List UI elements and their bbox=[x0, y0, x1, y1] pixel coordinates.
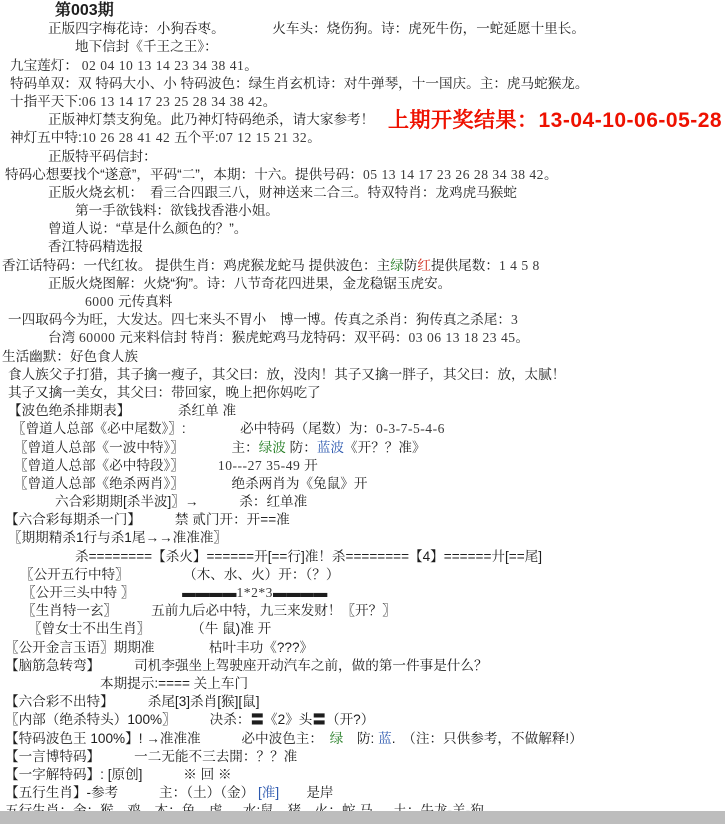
text-run: . （注：只供参考，不做解释!） bbox=[392, 731, 583, 746]
number-run: 3 bbox=[511, 312, 518, 327]
text-run: 蓝波 bbox=[317, 440, 344, 455]
number-run: 05 13 14 17 23 26 28 34 38 42 bbox=[363, 167, 544, 182]
text-line: 其子又擒一美女，其父曰：带回家，晚上把你妈吃了 bbox=[0, 384, 725, 402]
text-run: 防 bbox=[404, 258, 418, 273]
text-line: 第003期 bbox=[0, 2, 725, 20]
text-run: ▬▬▬▬ bbox=[273, 585, 327, 600]
text-run: 地下信封《千王之王》： bbox=[75, 39, 218, 54]
text-line: 正版特平码信封： bbox=[0, 148, 725, 166]
text-line: 食人族父子打猎，其子擒一瘦子，其父曰：放，没肉！其子又擒一胖子，其父曰：放，太腻… bbox=[0, 366, 725, 384]
text-line: 九宝莲灯： 02 04 10 13 14 23 34 38 41。 bbox=[0, 57, 725, 75]
text-run: 元传真料 bbox=[114, 294, 172, 309]
text-run: 〖期期精杀1行与杀1尾→→准准准〗 bbox=[8, 530, 227, 545]
text-line: 地下信封《千王之王》： bbox=[0, 38, 725, 56]
text-run: 〖公开三头中特 〗 bbox=[22, 585, 182, 600]
text-run: 〖公开五行中特〗 （木、水、火）开：（？） bbox=[20, 567, 339, 582]
text-line: 〖曾道人总部《必中特段》〗 10---27 35-49 开 bbox=[0, 457, 725, 475]
text-line: 〖曾女士不出生肖〗 （牛 鼠)准 开 bbox=[0, 620, 725, 638]
text-run: 【特码波色王 100%】! →准准准 必中波色主： bbox=[5, 731, 330, 746]
text-run: 《开？？准》 bbox=[344, 440, 426, 455]
text-run: 。 bbox=[263, 94, 277, 109]
text-run: 【脑筋急转弯】 司机李强坐上驾驶座开动汽车之前，做的第一件事是什么？ bbox=[5, 658, 488, 673]
text-run: 是岸 bbox=[279, 785, 333, 800]
text-line: 本期提示:==== 关上车门 bbox=[0, 675, 725, 693]
number-run: 02 04 10 13 14 23 34 38 41 bbox=[82, 58, 245, 73]
text-run: [准] bbox=[258, 785, 279, 800]
text-run: 食人族父子打猎，其子擒一瘦子，其父曰：放，没肉！其子又擒一胖子，其父曰：放，太腻… bbox=[8, 367, 565, 382]
text-line: 第一手欲钱料：欲钱找香港小姐。 bbox=[0, 202, 725, 220]
text-run: 正版火烧玄机： 看三合四跟三八，财神送来二合三。特双特肖：龙鸡虎马猴蛇 bbox=[48, 185, 517, 200]
text-line: 6000 元传真料 bbox=[0, 293, 725, 311]
text-run: 神灯五中特: bbox=[10, 130, 82, 145]
number-run: 0-3-7-5-4-6 bbox=[376, 421, 445, 436]
footer-gray-bar bbox=[0, 811, 725, 824]
text-run: 。 bbox=[516, 330, 530, 345]
text-run: 〖曾道人总部《必中特段》〗 bbox=[14, 458, 218, 473]
text-line: 【六合彩每期杀一门】 禁 贰门开：开==准 bbox=[0, 511, 725, 529]
number-run: 06 13 14 17 23 25 28 34 38 42 bbox=[82, 94, 263, 109]
text-line: 【一言博特码】 一二无能不三去開：？？准 bbox=[0, 748, 725, 766]
text-run: 〖生肖特一玄〗 五前九后必中特，九三来发财！〖开？〗 bbox=[22, 603, 396, 618]
text-run: 特码单双：双 特码大小、小 特码波色：绿生肖玄机诗：对牛弹琴，十一国庆。主：虎马… bbox=[10, 76, 589, 91]
text-run: 一四取码今为旺，大发达。四七来头不胃小 博一博。传真之杀肖：狗传真之杀尾： bbox=[8, 312, 511, 327]
text-line: 【波色绝杀排期表】 杀红单 准 bbox=[0, 402, 725, 420]
text-run: 蓝 bbox=[378, 731, 392, 746]
text-run: 红 bbox=[417, 258, 431, 273]
text-run: 〖曾道人总部《绝杀两肖》〗 绝杀两肖为《兔鼠》开 bbox=[14, 476, 367, 491]
text-line: 【五行生肖】-参考 主：（土）（金） [准] 是岸 bbox=[0, 784, 725, 802]
text-run: 绿 bbox=[390, 258, 404, 273]
text-run: 六合彩期期[杀半波]〗→ 杀：红单准 bbox=[55, 494, 307, 509]
text-line: 香江话特码：一代红妆。 提供生肖：鸡虎猴龙蛇马 提供波色：主绿防红提供尾数：1 … bbox=[0, 257, 725, 275]
text-line: 正版火烧图解：火烧“狗”。诗：八节奇花四进果，金龙稳锯玉虎安。 bbox=[0, 275, 725, 293]
text-line: 台湾 60000 元来料信封 特肖：猴虎蛇鸡马龙特码：双平码：03 06 13 … bbox=[0, 329, 725, 347]
text-run: 〖公开金言玉语〗期期准 枯叶丰功《???》 bbox=[5, 640, 313, 655]
number-run: 03 06 13 18 23 45 bbox=[408, 330, 515, 345]
number-run: 1*2*3 bbox=[236, 585, 272, 600]
text-run: 【六合彩不出特】 杀尾[3]杀肖[猴][鼠] bbox=[5, 694, 260, 709]
text-line: 【六合彩不出特】 杀尾[3]杀肖[猴][鼠] bbox=[0, 693, 725, 711]
text-line: 〖曾道人总部《一波中特》〗 主：绿波 防：蓝波《开？？准》 bbox=[0, 439, 725, 457]
text-line: 〖生肖特一玄〗 五前九后必中特，九三来发财！〖开？〗 bbox=[0, 602, 725, 620]
text-run: 〖曾道人总部《一波中特》〗 主： bbox=[14, 440, 259, 455]
text-run: 正版神灯禁支狗兔。此乃神灯特码绝杀，请大家参考！ bbox=[48, 112, 374, 127]
text-run: 特码心想要找个“遂意”，平码“二”，本期：十六。提供号码： bbox=[5, 167, 363, 182]
text-run: 【五行生肖】-参考 主：（土）（金） bbox=[5, 785, 258, 800]
text-run: 杀========【杀火】======开[==行]准！杀========【4】=… bbox=[75, 549, 542, 564]
number-run: 60000 bbox=[79, 330, 115, 345]
text-run: 〖内部（绝杀特头）100%〗 决杀：〓《2》头〓（开?） bbox=[5, 712, 374, 727]
text-run: ▬▬▬▬ bbox=[182, 585, 236, 600]
text-run: 正版四字梅花诗：小狗吞枣。 火车头：烧伤狗。诗：虎死牛伤，一蛇延愿十里长。 bbox=[48, 21, 585, 36]
number-run: 1 4 5 8 bbox=[499, 258, 540, 273]
text-run: 十指平天下: bbox=[10, 94, 82, 109]
text-run: 其子又擒一美女，其父曰：带回家，晚上把你妈吃了 bbox=[8, 385, 321, 400]
text-line: 曾道人说：“草是什么颜色的？”。 bbox=[0, 220, 725, 238]
text-run: 【一字解特码】: [原创] ※ 回 ※ bbox=[5, 767, 232, 782]
text-run: 防： bbox=[286, 440, 317, 455]
number-run: 10---27 35-49 bbox=[218, 458, 300, 473]
text-line: 〖曾道人总部《必中尾数》〗: 必中特码（尾数）为：0-3-7-5-4-6 bbox=[0, 420, 725, 438]
text-run: 。 bbox=[244, 58, 258, 73]
number-run: 10 26 28 41 42 bbox=[82, 130, 171, 145]
text-line: 香江特码精选报 bbox=[0, 238, 725, 256]
text-line: 〖曾道人总部《绝杀两肖》〗 绝杀两肖为《兔鼠》开 bbox=[0, 475, 725, 493]
text-run: 台湾 bbox=[48, 330, 79, 345]
text-run: 第003期 bbox=[55, 2, 114, 19]
text-line: 〖公开五行中特〗 （木、水、火）开：（？） bbox=[0, 566, 725, 584]
text-run: 【一言博特码】 一二无能不三去開：？？准 bbox=[5, 749, 297, 764]
text-run: 九宝莲灯： bbox=[10, 58, 82, 73]
text-run: 元来料信封 特肖：猴虎蛇鸡马龙特码：双平码： bbox=[115, 330, 408, 345]
text-line: 特码单双：双 特码大小、小 特码波色：绿生肖玄机诗：对牛弹琴，十一国庆。主：虎马… bbox=[0, 75, 725, 93]
text-run: 香江特码精选报 bbox=[48, 239, 143, 254]
text-line: 〖内部（绝杀特头）100%〗 决杀：〓《2》头〓（开?） bbox=[0, 711, 725, 729]
text-run: 〖曾道人总部《必中尾数》〗: 必中特码（尾数）为： bbox=[12, 421, 376, 436]
number-run: 6000 bbox=[85, 294, 114, 309]
text-run: 【波色绝杀排期表】 杀红单 准 bbox=[8, 403, 236, 418]
text-run: 绿波 bbox=[259, 440, 286, 455]
text-run: 正版特平码信封： bbox=[48, 149, 157, 164]
text-run: 本期提示:==== 关上车门 bbox=[100, 676, 248, 691]
text-run: 正版火烧图解：火烧“狗”。诗：八节奇花四进果，金龙稳锯玉虎安。 bbox=[48, 276, 451, 291]
text-run: 生活幽默：好色食人族 bbox=[2, 349, 138, 364]
text-line: 一四取码今为旺，大发达。四七来头不胃小 博一博。传真之杀肖：狗传真之杀尾：3 bbox=[0, 311, 725, 329]
text-run: 。 bbox=[544, 167, 558, 182]
text-line: 【特码波色王 100%】! →准准准 必中波色主： 绿 防: 蓝. （注：只供参… bbox=[0, 730, 725, 748]
text-line: 【一字解特码】: [原创] ※ 回 ※ bbox=[0, 766, 725, 784]
text-run: 第一手欲钱料：欲钱找香港小姐。 bbox=[75, 203, 279, 218]
text-run: 五个平: bbox=[170, 130, 218, 145]
text-run: 香江话特码：一代红妆。 提供生肖：鸡虎猴龙蛇马 提供波色：主 bbox=[2, 258, 390, 273]
number-run: 07 12 15 21 32 bbox=[219, 130, 308, 145]
text-run: 绿 bbox=[330, 731, 344, 746]
text-line: 〖公开金言玉语〗期期准 枯叶丰功《???》 bbox=[0, 639, 725, 657]
text-run: 。 bbox=[307, 130, 321, 145]
text-line: 〖公开三头中特 〗 ▬▬▬▬1*2*3▬▬▬▬ bbox=[0, 584, 725, 602]
text-line: 正版四字梅花诗：小狗吞枣。 火车头：烧伤狗。诗：虎死牛伤，一蛇延愿十里长。 bbox=[0, 20, 725, 38]
text-line: 【脑筋急转弯】 司机李强坐上驾驶座开动汽车之前，做的第一件事是什么？ bbox=[0, 657, 725, 675]
text-line: 〖期期精杀1行与杀1尾→→准准准〗 bbox=[0, 529, 725, 547]
text-run: 提供尾数： bbox=[431, 258, 499, 273]
text-line: 六合彩期期[杀半波]〗→ 杀：红单准 bbox=[0, 493, 725, 511]
last-draw-result: 上期开奖结果：13-04-10-06-05-28 特37 bbox=[388, 104, 725, 134]
text-run: 〖曾女士不出生肖〗 （牛 鼠)准 开 bbox=[28, 621, 271, 636]
text-run: 防: bbox=[343, 731, 378, 746]
text-run: 开 bbox=[300, 458, 317, 473]
text-line: 正版火烧玄机： 看三合四跟三八，财神送来二合三。特双特肖：龙鸡虎马猴蛇 bbox=[0, 184, 725, 202]
text-line: 生活幽默：好色食人族 bbox=[0, 348, 725, 366]
text-run: 【六合彩每期杀一门】 禁 贰门开：开==准 bbox=[5, 512, 290, 527]
text-line: 杀========【杀火】======开[==行]准！杀========【4】=… bbox=[0, 548, 725, 566]
text-run: 曾道人说：“草是什么颜色的？”。 bbox=[48, 221, 247, 236]
text-line: 特码心想要找个“遂意”，平码“二”，本期：十六。提供号码：05 13 14 17… bbox=[0, 166, 725, 184]
